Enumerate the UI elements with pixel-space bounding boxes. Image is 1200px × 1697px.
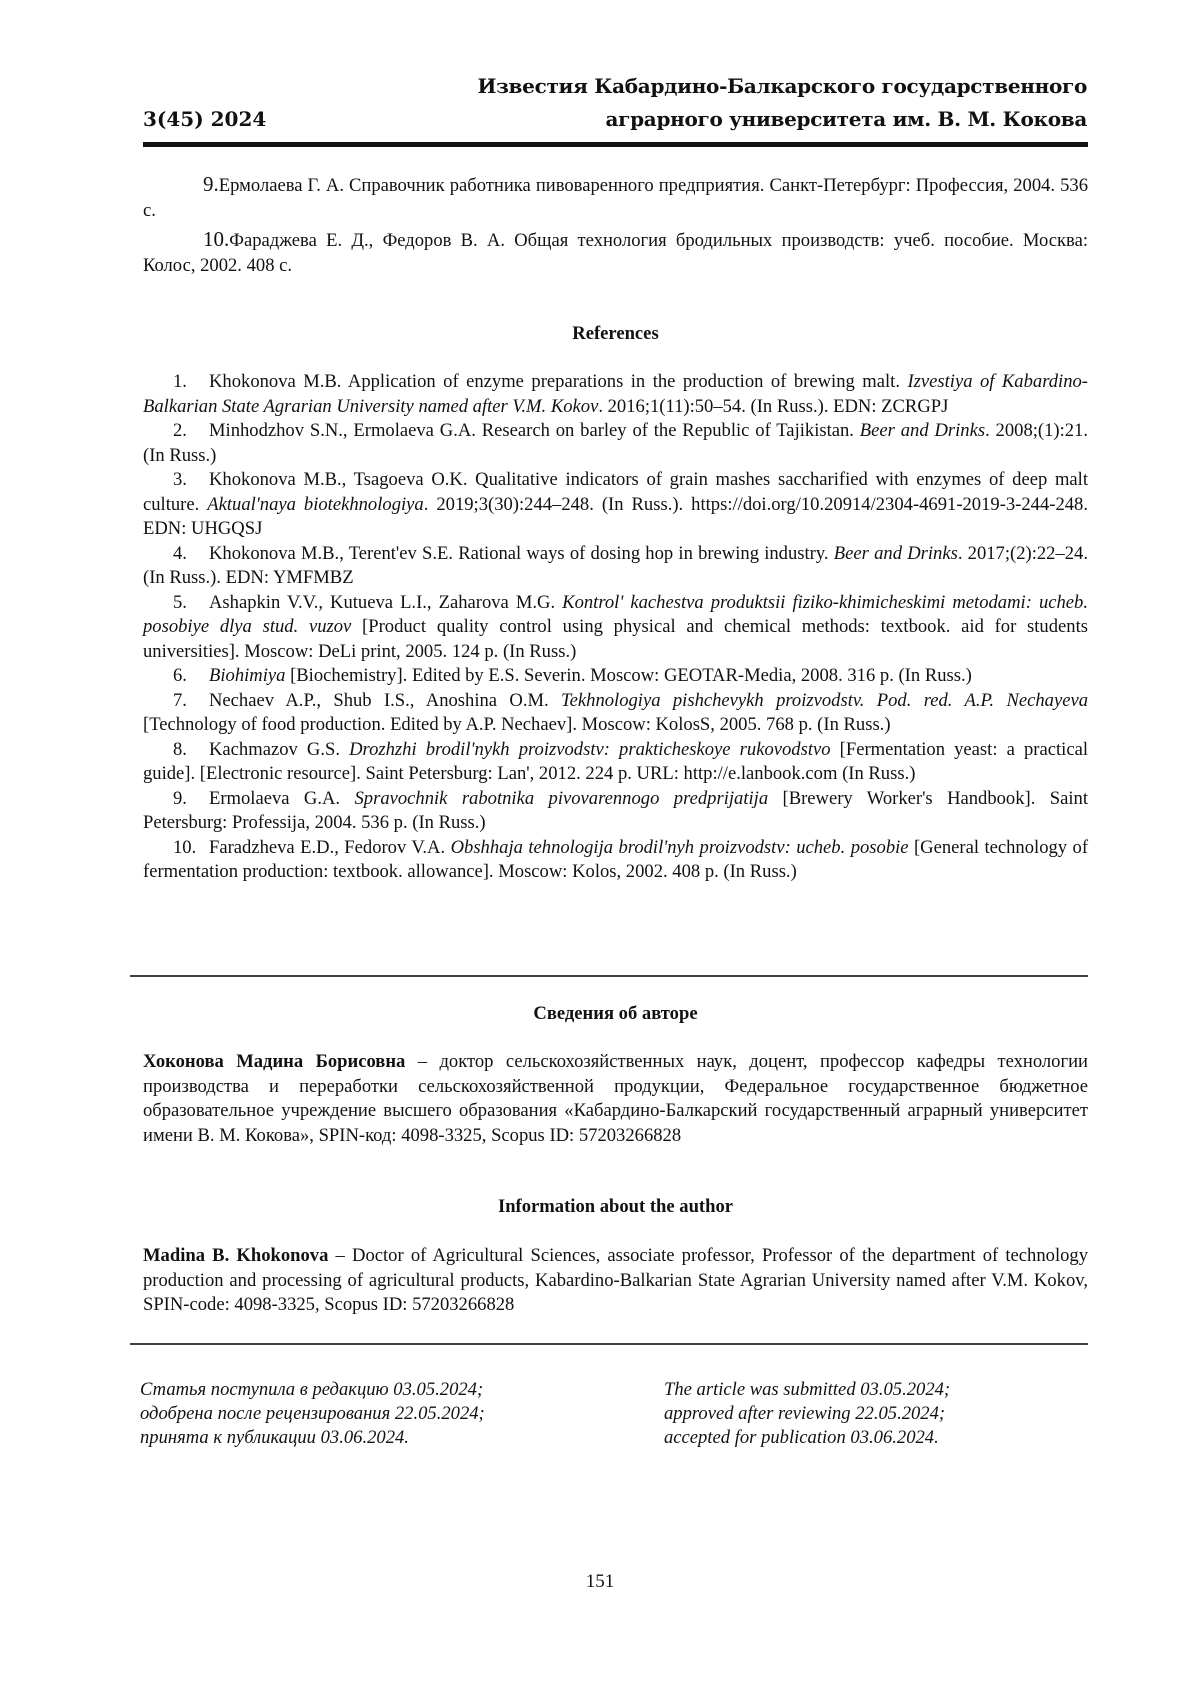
page-number: 151	[0, 1571, 1200, 1593]
document-page: Известия Кабардино-Балкарского государст…	[0, 0, 1200, 1697]
header-rule	[143, 142, 1088, 147]
reference-item: 2.Minhodzhov S.N., Ermolaeva G.A. Resear…	[143, 419, 1088, 468]
article-dates-en: The article was submitted 03.05.2024; ap…	[664, 1378, 950, 1450]
journal-title-line2: аграрного университета им. В. М. Кокова	[477, 103, 1087, 136]
author-name-en: Madina B. Khokonova	[143, 1245, 328, 1266]
issue-number: 3(45) 2024	[143, 103, 266, 136]
reference-item: 10.Фараджева Е. Д., Федоров В. А. Общая …	[143, 227, 1088, 278]
reference-item: 9.Ермолаева Г. А. Справочник работника п…	[143, 172, 1088, 223]
author-name-ru: Хоконова Мадина Борисовна	[143, 1051, 405, 1072]
reference-item: 9.Ermolaeva G.A. Spravochnik rabotnika p…	[143, 787, 1088, 836]
author-info-ru-heading: Сведения об авторе	[143, 1003, 1088, 1025]
journal-title-line1: Известия Кабардино-Балкарского государст…	[477, 70, 1087, 103]
author-info-ru: Хоконова Мадина Борисовна – доктор сельс…	[143, 1050, 1088, 1148]
reference-item: 7.Nechaev A.P., Shub I.S., Anoshina O.M.…	[143, 689, 1088, 738]
article-dates-ru: Статья поступила в редакцию 03.05.2024; …	[140, 1378, 485, 1450]
reference-item: 10.Faradzheva E.D., Fedorov V.A. Obshhaj…	[143, 836, 1088, 885]
section-divider	[130, 975, 1088, 977]
reference-item: 1.Khokonova M.B. Application of enzyme p…	[143, 370, 1088, 419]
references-list: 1.Khokonova M.B. Application of enzyme p…	[143, 370, 1088, 885]
references-heading: References	[143, 323, 1088, 345]
section-divider	[130, 1343, 1088, 1345]
reference-item: 8.Kachmazov G.S. Drozhzhi brodil'nykh pr…	[143, 738, 1088, 787]
reference-item: 4.Khokonova M.B., Terent'ev S.E. Rationa…	[143, 542, 1088, 591]
reference-item: 5.Ashapkin V.V., Kutueva L.I., Zaharova …	[143, 591, 1088, 665]
reference-item: 6.Biohimiya [Biochemistry]. Edited by E.…	[143, 664, 1088, 689]
author-info-en-heading: Information about the author	[143, 1196, 1088, 1218]
russian-references-tail: 9.Ермолаева Г. А. Справочник работника п…	[143, 172, 1088, 282]
journal-title: Известия Кабардино-Балкарского государст…	[477, 70, 1087, 136]
reference-item: 3.Khokonova M.B., Tsagoeva O.K. Qualitat…	[143, 468, 1088, 542]
author-info-en: Madina B. Khokonova – Doctor of Agricult…	[143, 1244, 1088, 1318]
